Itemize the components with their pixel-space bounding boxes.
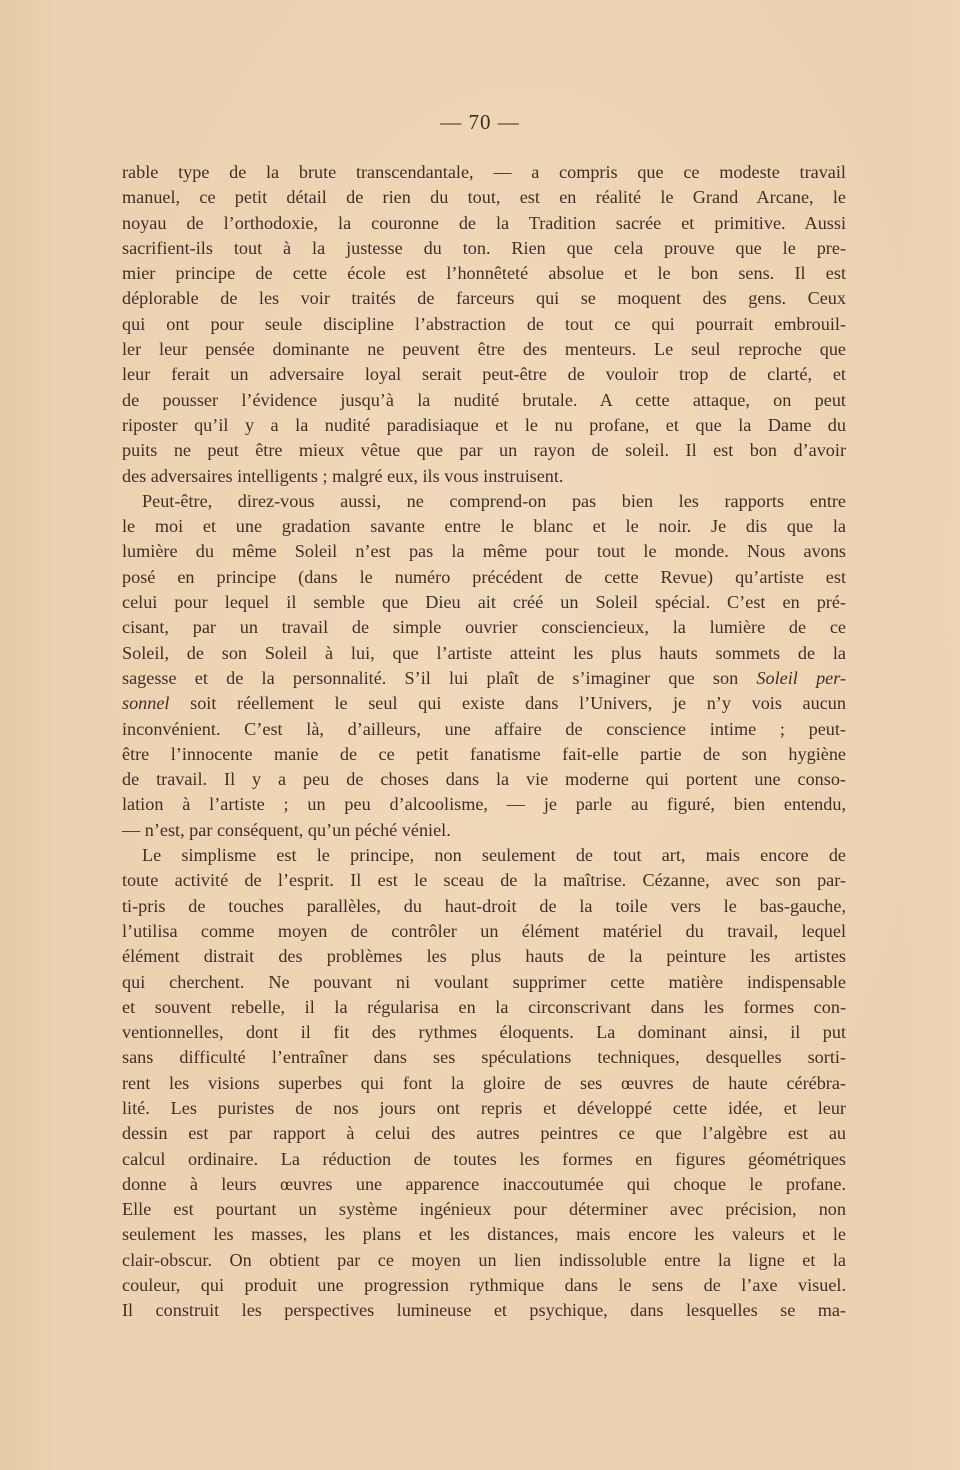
text-line: noyau de l’orthodoxie, la couronne de la… — [122, 211, 846, 236]
italic-phrase: Soleil per- — [756, 668, 846, 688]
page-number: — 70 — — [0, 110, 960, 135]
text-line: riposter qu’il y a la nudité paradisiaqu… — [122, 413, 846, 438]
text-line: toute activité de l’esprit. Il est le sc… — [122, 868, 846, 893]
text-line: sagesse et de la personnalité. S’il lui … — [122, 666, 846, 691]
text-line: élément distrait des problèmes les plus … — [122, 944, 846, 969]
italic-phrase: sonnel — [122, 693, 170, 713]
text-line: ventionnelles, dont il fit des rythmes é… — [122, 1020, 846, 1045]
text-line: qui ont pour seule discipline l’abstract… — [122, 312, 846, 337]
text-line: lumière du même Soleil n’est pas la même… — [122, 539, 846, 564]
text-line: ler leur pensée dominante ne peuvent êtr… — [122, 337, 846, 362]
text-line: Elle est pourtant un système ingénieux p… — [122, 1197, 846, 1222]
paragraph-start-line: Le simplisme est le principe, non seulem… — [122, 843, 846, 868]
text-line: Il construit les perspectives lumineuse … — [122, 1298, 846, 1323]
text-line: sonnel soit réellement le seul qui exist… — [122, 691, 846, 716]
text-line: mier principe de cette école est l’honnê… — [122, 261, 846, 286]
text-line: l’utilisa comme moyen de contrôler un él… — [122, 919, 846, 944]
text-line: qui cherchent. Ne pouvant ni voulant sup… — [122, 970, 846, 995]
text-line: le moi et une gradation savante entre le… — [122, 514, 846, 539]
text-line: cisant, par un travail de simple ouvrier… — [122, 615, 846, 640]
text-line: leur ferait un adversaire loyal serait p… — [122, 362, 846, 387]
text-line: ti-pris de touches parallèles, du haut-d… — [122, 894, 846, 919]
text-line: et souvent rebelle, il la régularisa en … — [122, 995, 846, 1020]
paragraph-end-line: des adversaires intelligents ; malgré eu… — [122, 464, 846, 489]
text-line: Soleil, de son Soleil à lui, que l’artis… — [122, 641, 846, 666]
text-line: celui pour lequel il semble que Dieu ait… — [122, 590, 846, 615]
text-line: lité. Les puristes de nos jours ont repr… — [122, 1096, 846, 1121]
text-line: déplorable de les voir traités de farceu… — [122, 286, 846, 311]
paragraph-end-line: — n’est, par conséquent, qu’un péché vén… — [122, 818, 846, 843]
body-text: rable type de la brute transcendantale, … — [122, 160, 846, 1324]
text-line: seulement les masses, les plans et les d… — [122, 1222, 846, 1247]
text-line: lation à l’artiste ; un peu d’alcoolisme… — [122, 792, 846, 817]
text-line: de pousser l’évidence jusqu’à la nudité … — [122, 388, 846, 413]
text-line: donne à leurs œuvres une apparence inacc… — [122, 1172, 846, 1197]
text-line: de travail. Il y a peu de choses dans la… — [122, 767, 846, 792]
text-line: inconvénient. C’est là, d’ailleurs, une … — [122, 717, 846, 742]
paragraph-start-line: Peut-être, direz-vous aussi, ne comprend… — [122, 489, 846, 514]
text-line: calcul ordinaire. La réduction de toutes… — [122, 1147, 846, 1172]
text-line: couleur, qui produit une progression ryt… — [122, 1273, 846, 1298]
text-line: être l’innocente manie de ce petit fanat… — [122, 742, 846, 767]
text-line: sans difficulté l’entraîner dans ses spé… — [122, 1045, 846, 1070]
text-line: manuel, ce petit détail de rien du tout,… — [122, 185, 846, 210]
text-line: posé en principe (dans le numéro précéde… — [122, 565, 846, 590]
text-line: rent les visions superbes qui font la gl… — [122, 1071, 846, 1096]
text-line: clair-obscur. On obtient par ce moyen un… — [122, 1248, 846, 1273]
text-line: rable type de la brute transcendantale, … — [122, 160, 846, 185]
text-line: dessin est par rapport à celui des autre… — [122, 1121, 846, 1146]
text-line: sacrifient-ils tout à la justesse du ton… — [122, 236, 846, 261]
text-line: puits ne peut être mieux vêtue que par u… — [122, 438, 846, 463]
